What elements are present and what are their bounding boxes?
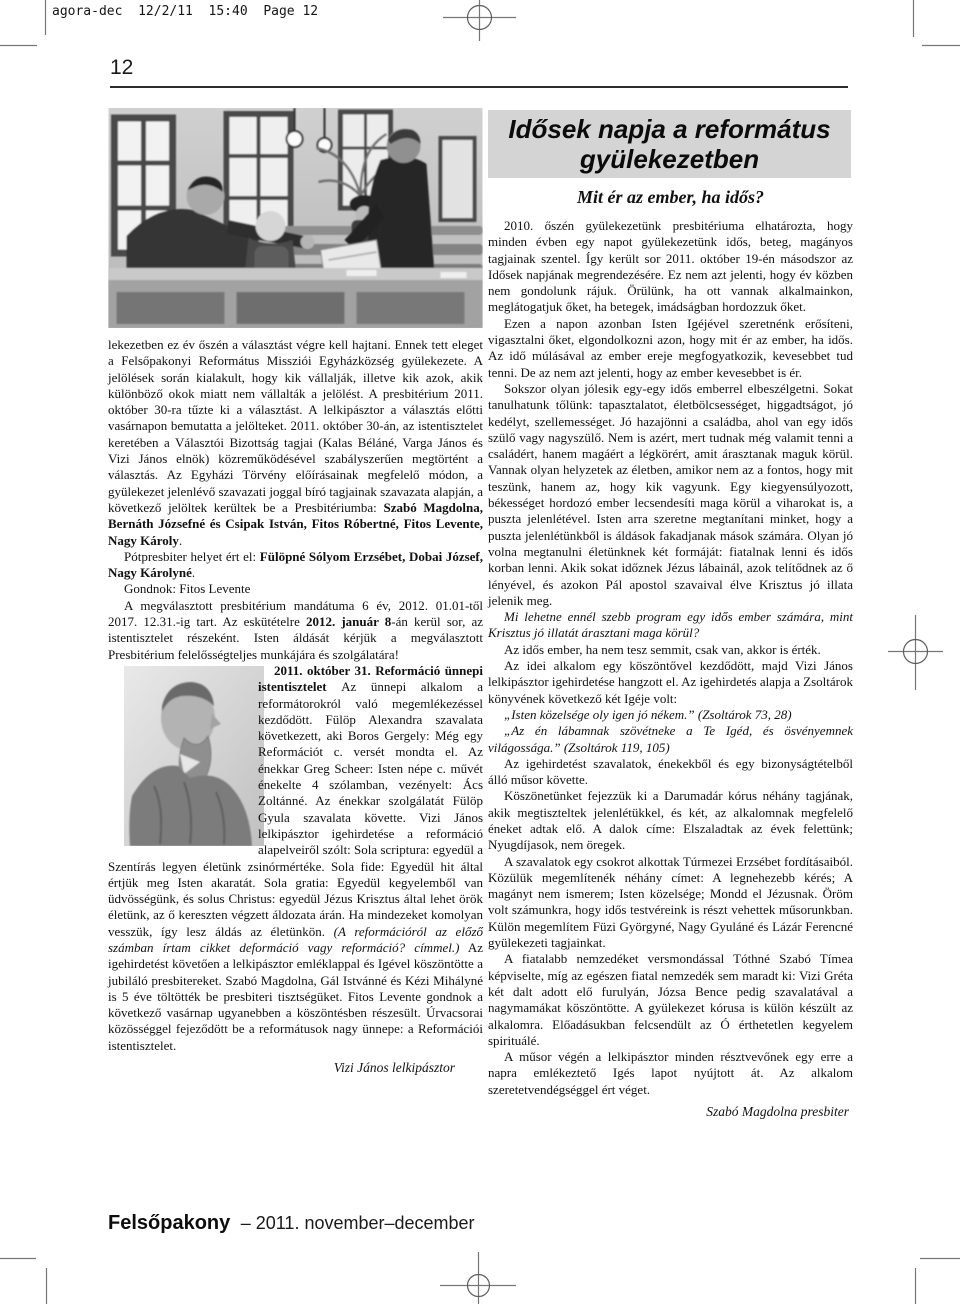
para-elderly-worth: Az idős ember, ha nem tesz semmit, csak … xyxy=(488,642,853,658)
para-substitute-presbyters: Pótpresbiter helyet ért el: Fülöpné Sóly… xyxy=(108,549,483,582)
para-election-continued: lekezetben ez év őszén a választást végr… xyxy=(108,337,483,549)
para-psalm-73: „Isten közelsége oly igen jó nékem.” (Zs… xyxy=(488,707,853,723)
right-column: Idősek napja a református gyülekezetben … xyxy=(488,110,853,1120)
article-headline: Idősek napja a református gyülekezetben xyxy=(496,114,843,174)
para-program: Az igehirdetést szavalatok, énekekből és… xyxy=(488,756,853,789)
para-warden: Gondnok: Fitos Levente xyxy=(108,581,483,597)
para-elderly-day-intro: 2010. őszén gyülekezetünk presbitériuma … xyxy=(488,218,853,316)
footer-brand: Felsőpakony xyxy=(108,1212,230,1234)
para-election-period: . xyxy=(179,533,182,548)
headline-box: Idősek napja a református gyülekezetben xyxy=(488,110,851,178)
substitute-period: . xyxy=(192,565,195,580)
print-slug-line: agora-dec 12/2/11 15:40 Page 12 xyxy=(52,4,318,19)
para-elderly-conversation: Sokszor olyan jólesik egy-egy idős ember… xyxy=(488,381,853,609)
para-psalm-119: „Az én lábamnak szövétneke a Te Igéd, és… xyxy=(488,723,853,756)
newspaper-page: agora-dec 12/2/11 15:40 Page 12 12 xyxy=(0,0,960,1304)
page-number: 12 xyxy=(110,56,133,80)
para-occasion-start: Az idei alkalom egy köszöntővel kezdődöt… xyxy=(488,658,853,707)
para-elderly-value: Ezen a napon azonban Isten Igéjével szer… xyxy=(488,316,853,381)
article-subhead: Mit ér az ember, ha idős? xyxy=(488,187,853,208)
oath-date: 2012. január 8 xyxy=(306,614,391,629)
church-interior-photo xyxy=(108,108,483,328)
para-choir-thanks: Köszönetünket fejezzük ki a Darumadár kó… xyxy=(488,788,853,853)
footer: Felsőpakony – 2011. november–december xyxy=(108,1212,475,1235)
church-photo-image xyxy=(108,108,483,328)
para-election-text: lekezetben ez év őszén a választást végr… xyxy=(108,337,483,515)
para-poems: A szavalatok egy csokrot alkottak Túrmez… xyxy=(488,854,853,952)
page-header-rule xyxy=(110,86,848,88)
reformer-portrait-image xyxy=(124,666,264,846)
signature-left: Vizi János lelkipásztor xyxy=(108,1060,483,1076)
para-mandate: A megválasztott presbitérium mandátuma 6… xyxy=(108,598,483,663)
footer-issue: – 2011. november–december xyxy=(241,1213,475,1233)
signature-right: Szabó Magdolna presbiter xyxy=(488,1104,853,1120)
reformer-portrait xyxy=(108,666,248,846)
left-column: lekezetben ez év őszén a választást végr… xyxy=(108,108,483,1076)
substitute-intro: Pótpresbiter helyet ért el: xyxy=(124,549,260,564)
para-closing: A műsor végén a lelkipásztor minden rész… xyxy=(488,1049,853,1098)
para-reformation-service: 2011. október 31. Reformáció ünnepi iste… xyxy=(108,663,483,1054)
para-program-question: Mi lehetne ennél szebb program egy idős … xyxy=(488,609,853,642)
reformation-text-2: Az igehirdetést követően a lelkipásztor … xyxy=(108,940,483,1053)
para-youth: A fiatalabb nemzedéket versmondással Tót… xyxy=(488,951,853,1049)
